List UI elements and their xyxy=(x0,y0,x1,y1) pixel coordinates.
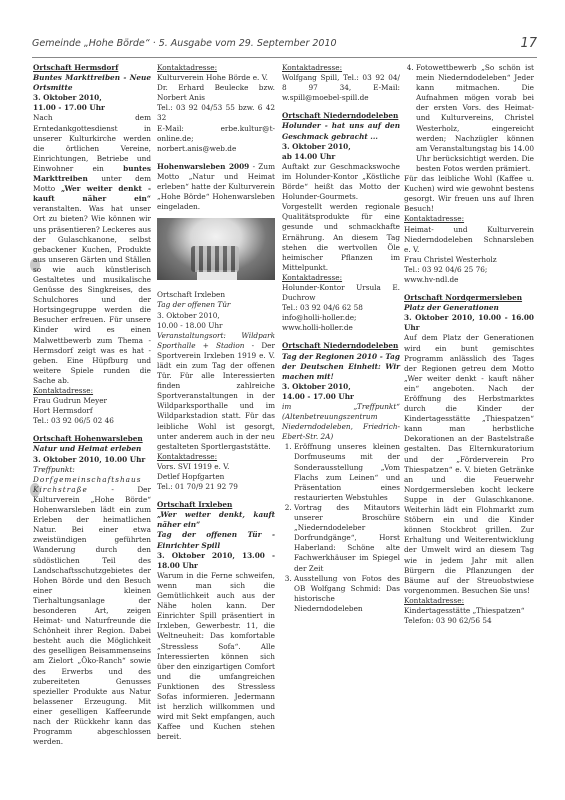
contact-phone: Tel.: 03 92 04/6 25 76; xyxy=(404,265,534,275)
column-1: Ortschaft Hermsdorf Buntes Markttreiben … xyxy=(33,63,151,747)
article-irxleben-2-contact: Kontaktadresse: Wolfgang Spill, Tel.: 03… xyxy=(282,63,400,103)
hiking-group-photo xyxy=(157,218,275,280)
article-place: Ortschaft Niederndodeleben xyxy=(282,341,400,351)
contact-line: Frau Christel Westerholz xyxy=(404,255,534,265)
article-body: Nach dem Erntedankgottesdienst in unsere… xyxy=(33,113,151,386)
program-item: Fotowettbewerb „So schön ist mein Nieder… xyxy=(416,63,534,174)
contact-line: Vors. SVI 1919 e. V. xyxy=(157,462,275,472)
article-irxleben-1: Ortschaft Irxleben Tag der offenen Tür 3… xyxy=(157,290,275,492)
article-subtitle: Platz der Generationen xyxy=(404,303,534,313)
program-item: Vortrag des Mitautors unserer Broschüre … xyxy=(294,503,400,574)
contact-website[interactable]: www.hv-ndl.de xyxy=(404,275,534,285)
contact-line: Hort Hermsdorf xyxy=(33,406,151,416)
article-subtitle: Natur und Heimat erleben xyxy=(33,444,151,454)
article-subtitle: Tag der Regionen 2010 - Tag der Deutsche… xyxy=(282,352,400,382)
article-place: Ortschaft Nordgermersleben xyxy=(404,293,534,303)
contact-line: Heimat- und Kulturverein Niederndodelebe… xyxy=(404,225,534,255)
program-list-continued: Fotowettbewerb „So schön ist mein Nieder… xyxy=(404,63,534,174)
contact-line: Dr. Erhard Beulecke bzw. Norbert Anis xyxy=(157,83,275,103)
program-list: Eröffnung unseres kleinen Dorfmuseums mi… xyxy=(282,442,400,614)
column-4: Fotowettbewerb „So schön ist mein Nieder… xyxy=(404,63,534,626)
contact-line: Kulturverein Hohe Börde e. V. xyxy=(157,73,275,83)
article-body: Dorfgemeinschaftshaus Kirchstraße - Der … xyxy=(33,475,151,748)
column-2: Kontaktadresse: Kulturverein Hohe Börde … xyxy=(157,63,275,742)
contact-label: Kontaktadresse: xyxy=(404,214,534,224)
column-3-content: Kontaktadresse: Wolfgang Spill, Tel.: 03… xyxy=(282,63,400,614)
article-motto: „Wer weiter denkt, kauft näher ein“ xyxy=(157,510,275,530)
contact-email[interactable]: info@holli-holler.de; xyxy=(282,313,400,323)
contact-label: Kontaktadresse: xyxy=(282,273,400,283)
page-header: Gemeinde „Hohe Börde“ · 5. Ausgabe vom 2… xyxy=(32,36,537,56)
header-divider xyxy=(32,57,537,58)
contact-phone: Telefon: 03 90 62/56 54 xyxy=(404,616,534,626)
article-date: 3. Oktober 2010, xyxy=(33,93,151,103)
contact-label: Kontaktadresse: xyxy=(404,596,534,606)
program-item: Ausstellung von Fotos des OB Wolfgang Sc… xyxy=(294,574,400,614)
article-place: Ortschaft Hermsdorf xyxy=(33,63,151,73)
article-date: 3. Oktober 2010, xyxy=(282,142,400,152)
article-subtitle: Buntes Markttreiben - Neue Ortsmitte xyxy=(33,73,151,93)
article-time: 11.00 - 17.00 Uhr xyxy=(33,103,151,113)
contact-phone: Tel.: 01 70/9 21 92 79 xyxy=(157,482,275,492)
article-location: im „Treffpunkt“ (Altenbetreuungszentrum … xyxy=(282,402,400,442)
article-hohenwarsleben-2009: Hohenwarsleben 2009 - Zum Motto „Natur u… xyxy=(157,162,275,280)
meeting-label: Treffpunkt: xyxy=(33,465,151,475)
article-hohenwarsleben-contact: Kontaktadresse: Kulturverein Hohe Börde … xyxy=(157,63,275,154)
contact-website[interactable]: www.holli-holler.de xyxy=(282,323,400,333)
article-subtitle: Tag der offenen Tür - Einrichter Spill xyxy=(157,530,275,550)
article-date: 3. Oktober 2010, 13.00 - 18.00 Uhr xyxy=(157,551,275,571)
article-body: Auf dem Platz der Generationen wird ein … xyxy=(404,333,534,595)
article-closing: Für das leibliche Wohl (Kaffee u. Kuchen… xyxy=(404,174,534,214)
contact-phone: Tel.: 03 92 04/53 55 bzw. 6 42 32 xyxy=(157,103,275,123)
article-irxleben-2: Ortschaft Irxleben „Wer weiter denkt, ka… xyxy=(157,500,275,742)
article-date: 3. Oktober 2010, 10.00 Uhr xyxy=(33,455,151,465)
article-title: Hohenwarsleben 2009 xyxy=(157,162,249,171)
contact-label: Kontaktadresse: xyxy=(157,63,275,73)
article-date: 3. Oktober 2010, xyxy=(282,382,400,392)
page-number: 17 xyxy=(520,36,537,51)
contact-label: Kontaktadresse: xyxy=(282,63,400,73)
article-body: Veranstaltungsort: Wildpark Sporthalle +… xyxy=(157,331,275,452)
contact-line: Holunder-Kontor Ursula E. Duchrow xyxy=(282,283,400,303)
article-subtitle: Tag der offenen Tür xyxy=(157,300,275,310)
article-place: Ortschaft Hohenwarsleben xyxy=(33,434,151,444)
publication-title: Gemeinde „Hohe Börde“ · 5. Ausgabe vom 2… xyxy=(32,38,337,49)
article-time: 10.00 - 18.00 Uhr xyxy=(157,321,275,331)
article-date: 3. Oktober 2010, 10.00 - 16.00 Uhr xyxy=(404,313,534,333)
contact-line: Kindertagesstätte „Thiespatzen“ xyxy=(404,606,534,616)
contact-email[interactable]: E-Mail: erbe.kultur@t-online.de; norbert… xyxy=(157,124,275,154)
article-time: ab 14.00 Uhr xyxy=(282,152,400,162)
article-subtitle: Holunder - hat uns auf den Geschmack geb… xyxy=(282,121,400,141)
article-body: Auftakt zur Geschmackswoche im Holunder-… xyxy=(282,162,400,273)
article-nordgermersleben: Ortschaft Nordgermersleben Platz der Gen… xyxy=(404,293,534,626)
article-hohenwarsleben: Ortschaft Hohenwarsleben Natur und Heima… xyxy=(33,434,151,747)
article-place: Ortschaft Irxleben xyxy=(157,290,275,300)
contact-label: Kontaktadresse: xyxy=(33,386,151,396)
article-date: 3. Oktober 2010, xyxy=(157,311,275,321)
contact-line: Frau Gudrun Meyer xyxy=(33,396,151,406)
article-place: Ortschaft Niederndodeleben xyxy=(282,111,400,121)
article-niederndodeleben-2: Ortschaft Niederndodeleben Tag der Regio… xyxy=(282,341,400,614)
contact-phone: Tel.: 03 92 06/5 02 46 xyxy=(33,416,151,426)
article-body: Warum in die Ferne schweifen, wenn man s… xyxy=(157,571,275,743)
article-place: Ortschaft Irxleben xyxy=(157,500,275,510)
contact-phone: Tel.: 03 92 04/6 62 58 xyxy=(282,303,400,313)
article-time: 14.00 - 17.00 Uhr xyxy=(282,392,400,402)
contact-label: Kontaktadresse: xyxy=(157,452,275,462)
article-hermsdorf: Ortschaft Hermsdorf Buntes Markttreiben … xyxy=(33,63,151,426)
program-item: Eröffnung unseres kleinen Dorfmuseums mi… xyxy=(294,442,400,503)
contact-line: Wolfgang Spill, Tel.: 03 92 04/ 8 97 34,… xyxy=(282,73,400,103)
contact-line: Detlef Hopfgarten xyxy=(157,472,275,482)
article-niederndodeleben-1: Ortschaft Niederndodeleben Holunder - ha… xyxy=(282,111,400,333)
